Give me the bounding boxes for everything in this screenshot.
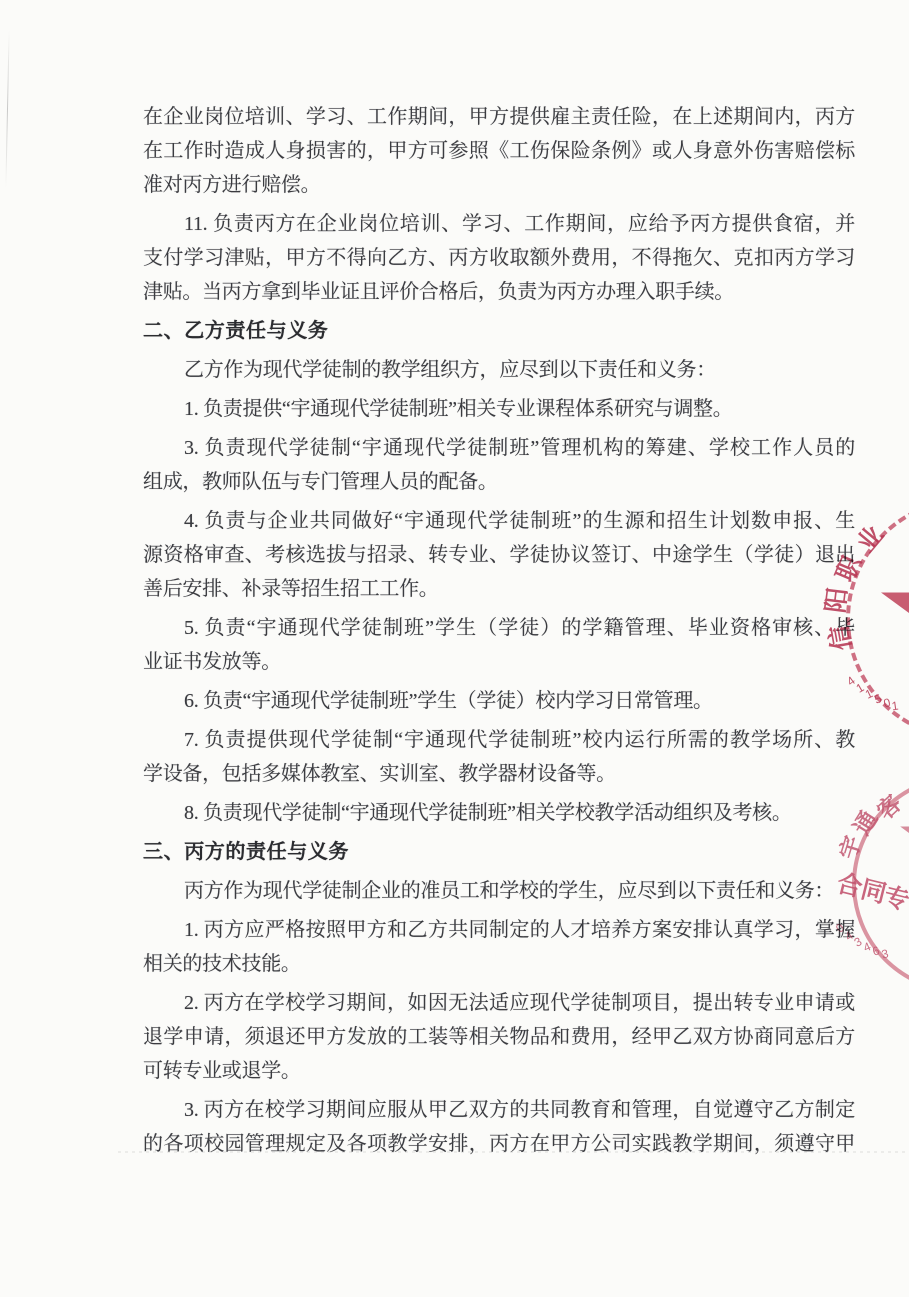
text-line: 4. 负责与企业共同做好“宇通现代学徒制班”的生源和招生计划数申报、生: [143, 504, 855, 538]
text-line: 1. 负责提供“宇通现代学徒制班”相关专业课程体系研究与调整。: [143, 392, 855, 426]
seal-serial-digit: 3: [880, 946, 890, 961]
scan-artifact-line: [5, 30, 9, 188]
contract-seal-ring-icon: [852, 775, 909, 993]
document-text-block: 在企业岗位培训、学习、工作期间，甲方提供雇主责任险，在上述期间内，丙方在工作时造…: [143, 100, 855, 1161]
text-line: 组成，教师队伍与专门管理人员的配备。: [143, 465, 855, 499]
seal-serial-digit: 0: [882, 695, 892, 710]
text-line: 源资格审查、考核选拔与招录、转专业、学徒协议签订、中途学生（学徒）退出: [143, 538, 855, 572]
seal-serial-digit: 6: [871, 943, 882, 958]
text-line: 学设备，包括多媒体教室、实训室、教学器材设备等。: [143, 757, 855, 791]
text-line: 3. 丙方在校学习期间应服从甲乙双方的共同教育和管理，自觉遵守乙方制定: [143, 1093, 855, 1127]
text-line: 的各项校园管理规定及各项教学安排，丙方在甲方公司实践教学期间，须遵守甲: [143, 1127, 855, 1161]
text-line: 准对丙方进行赔偿。: [143, 168, 855, 202]
seal-serial-digit: 5: [873, 691, 884, 706]
seal-arc-char: 客: [868, 786, 907, 826]
text-line: 津贴。当丙方拿到毕业证且评价合格后，负责为丙方办理入职手续。: [143, 275, 855, 309]
text-line: 支付学习津贴，甲方不得向乙方、丙方收取额外费用，不得拖欠、克扣丙方学习: [143, 241, 855, 275]
text-line: 3. 负责现代学徒制“宇通现代学徒制班”管理机构的筹建、学校工作人员的: [143, 431, 855, 465]
seal-serial-digit: 1: [854, 680, 867, 695]
text-line: 2. 丙方在学校学习期间，如因无法适应现代学徒制项目，提出转专业申请或: [143, 986, 855, 1020]
text-line: 乙方作为现代学徒制的教学组织方，应尽到以下责任和义务：: [143, 353, 855, 387]
seal-serial-digit: 1: [863, 686, 875, 702]
text-line: 5. 负责“宇通现代学徒制班”学生（学徒）的学籍管理、毕业资格审核、毕: [143, 611, 855, 645]
text-line: 在企业岗位培训、学习、工作期间，甲方提供雇主责任险，在上述期间内，丙方: [143, 100, 855, 134]
official-seal-ring-icon: [846, 498, 909, 740]
contract-seal-star-icon: [898, 788, 909, 898]
text-line: 退学申请，须退还甲方发放的工装等相关物品和费用，经甲乙双方协商同意后方: [143, 1020, 855, 1054]
text-line: 7. 负责提供现代学徒制“宇通现代学徒制班”校内运行所需的教学场所、教: [143, 723, 855, 757]
text-line: 可转专业或退学。: [143, 1054, 855, 1088]
text-line: 11. 负责丙方在企业岗位培训、学习、工作期间，应给予丙方提供食宿，并: [143, 207, 855, 241]
text-line: 1. 丙方应严格按照甲方和乙方共同制定的人才培养方案安排认真学习，掌握: [143, 913, 855, 947]
heading-line: 三、丙方的责任与义务: [143, 835, 855, 869]
text-line: 业证书发放等。: [143, 645, 855, 679]
seal-serial-digit: 1: [891, 699, 900, 714]
text-line: 善后安排、补录等招生招工工作。: [143, 572, 855, 606]
official-seal-star-icon: [878, 540, 909, 690]
seal-center-text: 同: [858, 870, 891, 911]
text-line: 6. 负责“宇通现代学徒制班”学生（学徒）校内学习日常管理。: [143, 684, 855, 718]
seal-center-text: 专: [881, 877, 909, 918]
heading-line: 二、乙方责任与义务: [143, 314, 855, 348]
scanned-contract-page: 在企业岗位培训、学习、工作期间，甲方提供雇主责任险，在上述期间内，丙方在工作时造…: [0, 0, 909, 1297]
text-line: 相关的技术技能。: [143, 947, 855, 981]
seal-serial-digit: 4: [861, 939, 873, 955]
text-line: 丙方作为现代学徒制企业的准员工和学校的学生，应尽到以下责任和义务：: [143, 874, 855, 908]
text-line: 8. 负责现代学徒制“宇通现代学徒制班”相关学校教学活动组织及考核。: [143, 796, 855, 830]
text-line: 在工作时造成人身损害的，甲方可参照《工伤保险条例》或人身意外伤害赔偿标: [143, 134, 855, 168]
scan-artifact-line: [118, 1151, 909, 1153]
